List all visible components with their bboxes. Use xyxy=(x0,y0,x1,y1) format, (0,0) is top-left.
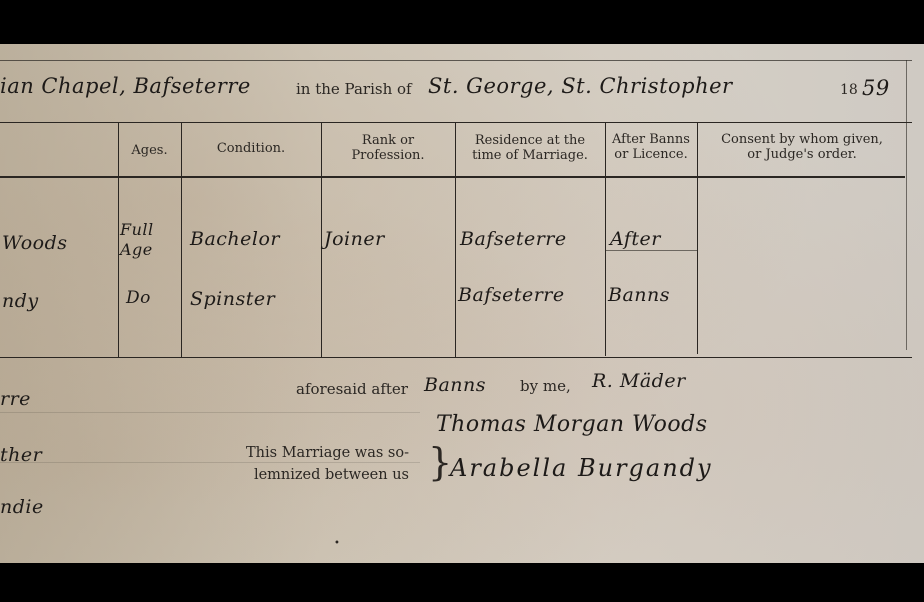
page-right-border xyxy=(906,60,907,350)
header-banns-line2: or Licence. xyxy=(605,148,697,163)
handwritten-banns: Banns xyxy=(424,374,486,396)
handwritten-parish: St. George, St. Christopher xyxy=(428,74,733,98)
handwritten-year-suffix: 59 xyxy=(862,76,890,100)
row1-banns: After xyxy=(610,228,661,250)
solemnized-statement: This Marriage was so- lemnized between u… xyxy=(246,442,409,486)
printed-by-me: by me, xyxy=(520,378,571,395)
row2-condition: Spinster xyxy=(190,288,275,310)
header-rank: Rank or Profession. xyxy=(321,134,455,164)
row1-condition: Bachelor xyxy=(190,228,280,250)
row2-age: Do xyxy=(126,288,151,308)
header-residence-line2: time of Marriage. xyxy=(455,149,605,164)
header-residence: Residence at the time of Marriage. xyxy=(455,134,605,164)
row1-residence: Bafseterre xyxy=(460,228,567,250)
header-consent-line1: Consent by whom given, xyxy=(697,133,907,148)
solemnized-line2: lemnized between us xyxy=(246,464,409,486)
header-bottom-rule xyxy=(0,176,905,178)
row1-age: Full Age xyxy=(120,220,180,260)
header-banns: After Banns or Licence. xyxy=(605,133,697,163)
printed-in-the-parish-of: in the Parish of xyxy=(296,81,412,98)
ink-speck: • xyxy=(334,538,340,550)
printed-aforesaid-after: aforesaid after xyxy=(296,381,408,398)
header-condition: Condition. xyxy=(181,142,321,157)
footer-faint-line-1 xyxy=(0,412,420,413)
register-page-photo: ian Chapel, Bafseterre in the Parish of … xyxy=(0,44,924,563)
footer-left-fragment-1: rre xyxy=(0,388,31,410)
header-rank-line1: Rank or xyxy=(321,134,455,149)
bride-signature: Arabella Burgandy xyxy=(450,454,713,482)
header-consent-line2: or Judge's order. xyxy=(697,148,907,163)
title-bottom-rule xyxy=(0,122,912,123)
row2-banns: Banns xyxy=(608,284,670,306)
printed-year-prefix: 18 xyxy=(840,82,858,98)
row1-banns-underline xyxy=(605,250,697,251)
row2-name: ndy xyxy=(2,290,39,312)
col-rule-condition xyxy=(181,122,182,358)
footer-left-fragment-3: ndie xyxy=(0,496,44,518)
header-consent: Consent by whom given, or Judge's order. xyxy=(697,133,907,163)
header-rank-line2: Profession. xyxy=(321,149,455,164)
handwritten-chapel-place: ian Chapel, Bafseterre xyxy=(0,74,251,98)
row2-residence: Bafseterre xyxy=(458,284,565,306)
solemnized-line1: This Marriage was so- xyxy=(246,442,409,464)
header-ages: Ages. xyxy=(118,144,181,159)
header-banns-line1: After Banns xyxy=(605,133,697,148)
row1-rank: Joiner xyxy=(324,228,385,250)
groom-signature: Thomas Morgan Woods xyxy=(436,412,707,437)
header-residence-line1: Residence at the xyxy=(455,134,605,149)
brace-symbol: } xyxy=(428,440,452,484)
officiant-signature: R. Mäder xyxy=(592,370,686,392)
top-border-rule xyxy=(0,60,912,61)
table-bottom-rule xyxy=(0,357,912,358)
row1-name: Woods xyxy=(2,232,68,254)
